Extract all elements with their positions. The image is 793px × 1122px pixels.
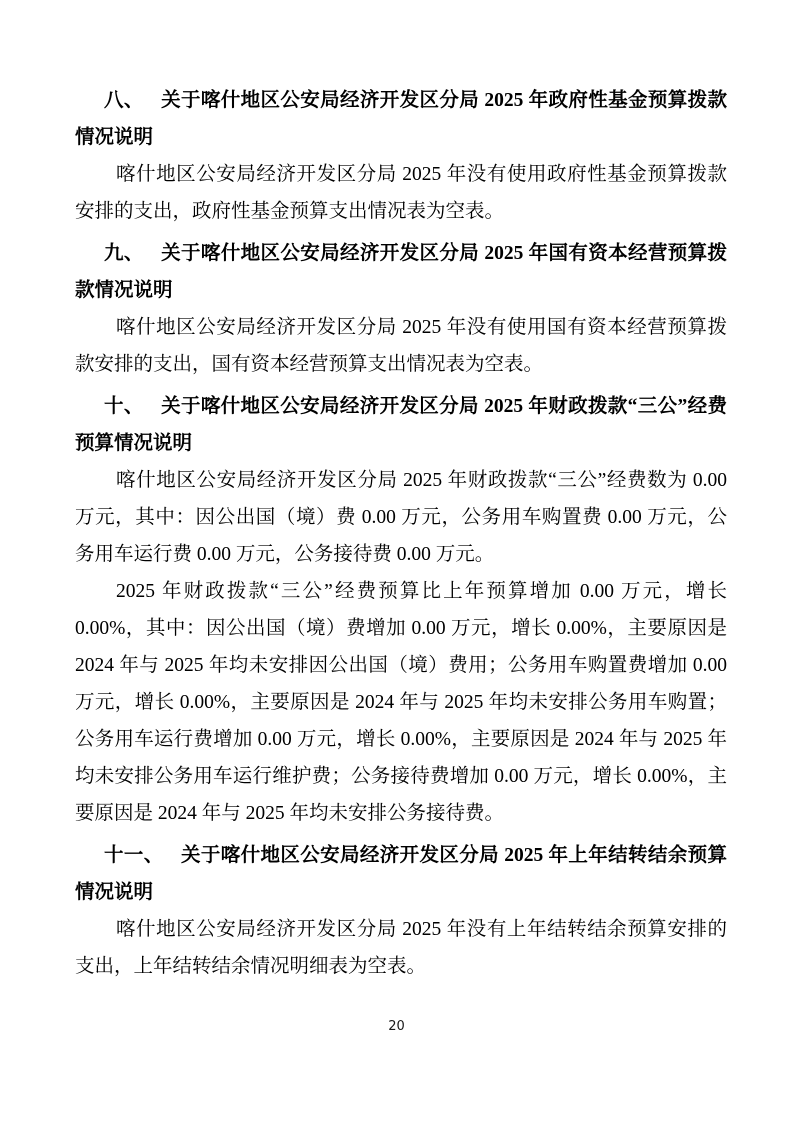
section-heading: 十、关于喀什地区公安局经济开发区分局 2025 年财政拨款“三公”经费预算情况说… [75,388,727,462]
section-heading: 八、关于喀什地区公安局经济开发区分局 2025 年政府性基金预算拨款情况说明 [75,82,727,156]
page-number: 20 [0,1019,793,1034]
section-title: 关于喀什地区公安局经济开发区分局 2025 年政府性基金预算拨款情况说明 [75,90,727,148]
section-title: 关于喀什地区公安局经济开发区分局 2025 年国有资本经营预算拨款情况说明 [75,243,727,301]
document-page: { "document": { "sections": [ { "number"… [0,0,793,1122]
section-paragraph: 喀什地区公安局经济开发区分局 2025 年没有使用国有资本经营预算拨款安排的支出… [75,309,727,383]
document-body: 八、关于喀什地区公安局经济开发区分局 2025 年政府性基金预算拨款情况说明 喀… [75,82,727,985]
section-paragraph: 喀什地区公安局经济开发区分局 2025 年没有使用政府性基金预算拨款安排的支出，… [75,156,727,230]
section-title: 关于喀什地区公安局经济开发区分局 2025 年财政拨款“三公”经费预算情况说明 [75,396,727,454]
section-three-public-expenses: 十、关于喀什地区公安局经济开发区分局 2025 年财政拨款“三公”经费预算情况说… [75,388,727,832]
section-paragraph: 2025 年财政拨款“三公”经费预算比上年预算增加 0.00 万元，增长 0.0… [75,573,727,832]
section-paragraph: 喀什地区公安局经济开发区分局 2025 年财政拨款“三公”经费数为 0.00 万… [75,462,727,573]
section-heading: 九、关于喀什地区公安局经济开发区分局 2025 年国有资本经营预算拨款情况说明 [75,235,727,309]
section-heading: 十一、关于喀什地区公安局经济开发区分局 2025 年上年结转结余预算情况说明 [75,837,727,911]
section-state-capital-budget: 九、关于喀什地区公安局经济开发区分局 2025 年国有资本经营预算拨款情况说明 … [75,235,727,383]
section-title: 关于喀什地区公安局经济开发区分局 2025 年上年结转结余预算情况说明 [75,845,727,903]
section-carryover-surplus-budget: 十一、关于喀什地区公安局经济开发区分局 2025 年上年结转结余预算情况说明 喀… [75,837,727,985]
section-number: 十、 [104,396,144,417]
section-number: 八、 [104,90,144,111]
section-number: 十一、 [104,845,164,866]
section-number: 九、 [104,243,144,264]
section-paragraph: 喀什地区公安局经济开发区分局 2025 年没有上年结转结余预算安排的支出，上年结… [75,911,727,985]
section-gov-fund-budget: 八、关于喀什地区公安局经济开发区分局 2025 年政府性基金预算拨款情况说明 喀… [75,82,727,230]
